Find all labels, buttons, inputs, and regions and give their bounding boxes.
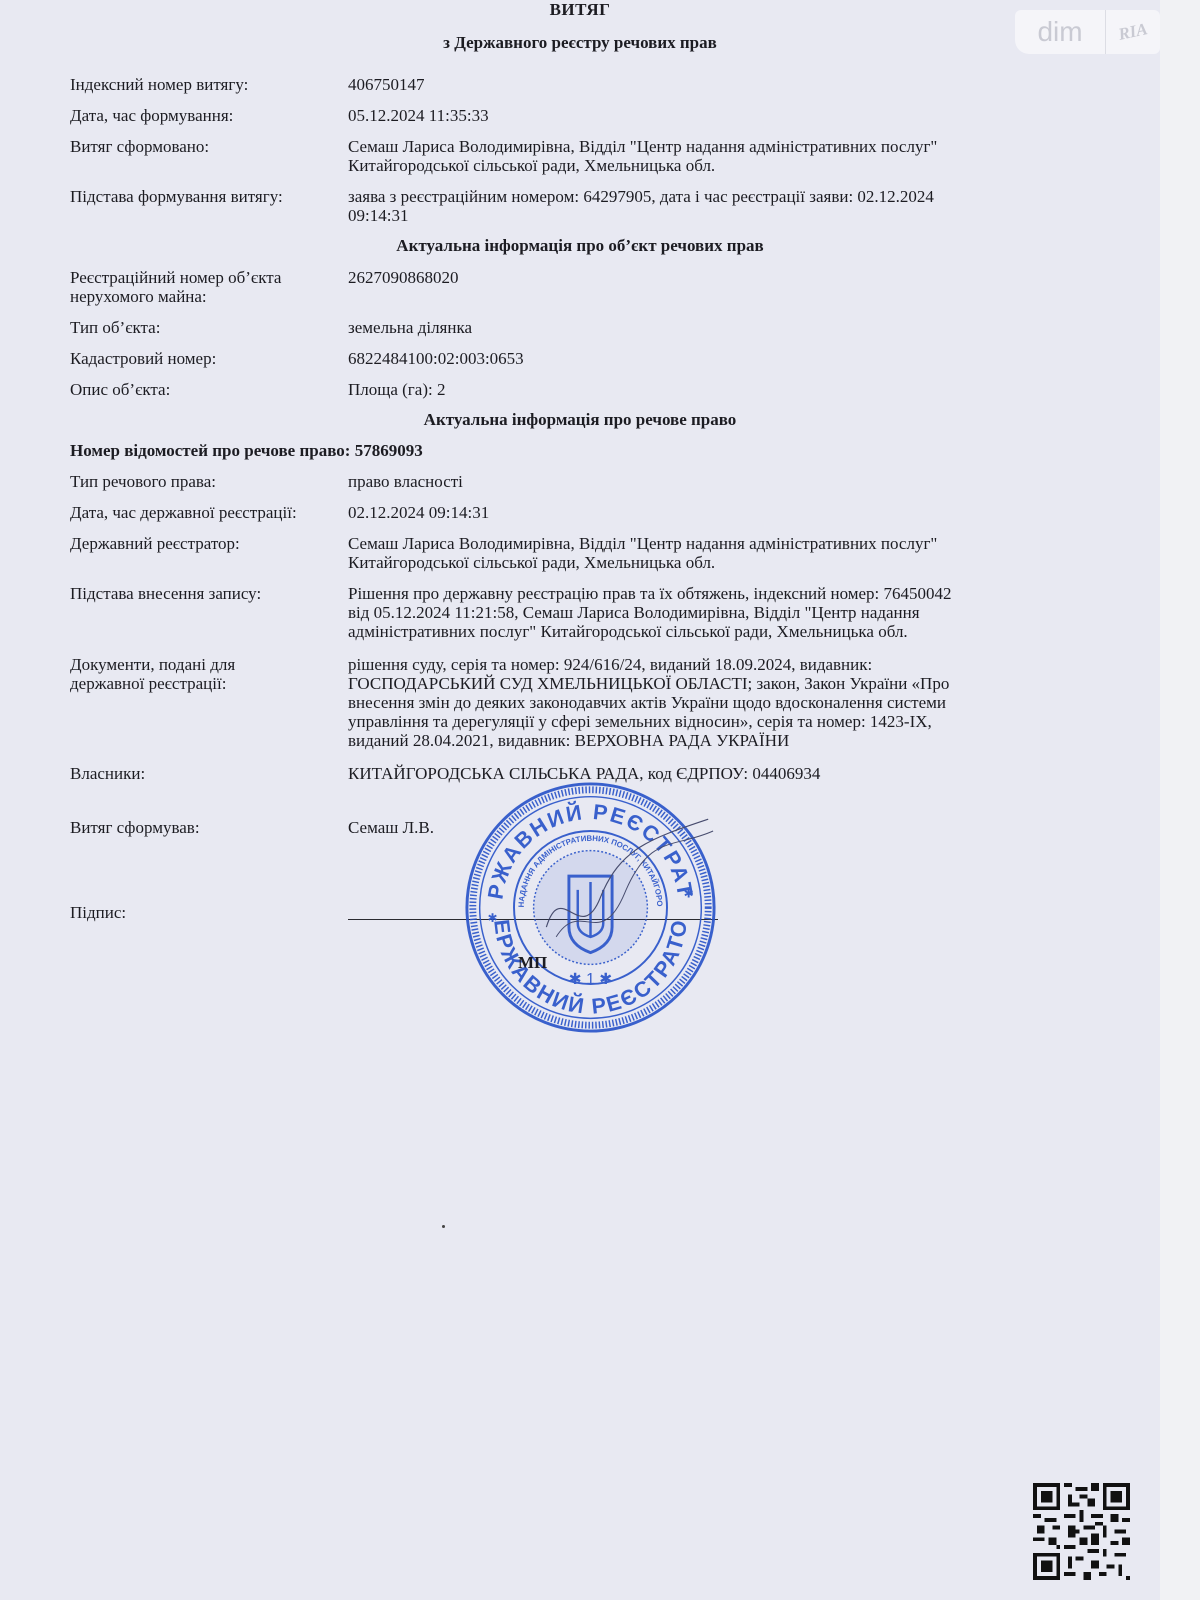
field-value: заява з реєстраційним номером: 64297905,…	[348, 187, 1068, 225]
document-subtitle: з Державного реєстру речових прав	[0, 33, 1160, 53]
field-value: 6822484100:02:003:0653	[348, 349, 1068, 368]
field-value: 406750147	[348, 75, 1068, 94]
field-label: Реєстраційний номер об’єкта нерухомого м…	[70, 268, 340, 306]
field-label: Витяг сформував:	[70, 818, 340, 837]
field-label: Документи, подані для державної реєстрац…	[70, 655, 340, 693]
scan-speck	[442, 1225, 445, 1228]
field-value: Семаш Лариса Володимирівна, Відділ "Цент…	[348, 137, 1068, 175]
seal-place-label: МП	[518, 953, 547, 973]
field-label: Тип речового права:	[70, 472, 340, 491]
official-seal-stamp-icon: ДЕРЖАВНИЙ РЕЄСТРАТОР ДЕРЖАВНИЙ РЕЄСТРАТО…	[463, 780, 718, 1035]
document-title: ВИТЯГ	[0, 0, 1160, 20]
field-label: Підстава формування витягу:	[70, 187, 340, 206]
field-value: Рішення про державну реєстрацію прав та …	[348, 584, 1068, 641]
field-label: Дата, час формування:	[70, 106, 340, 125]
field-label: Тип об’єкта:	[70, 318, 340, 337]
field-value: право власності	[348, 472, 1068, 491]
field-label: Державний реєстратор:	[70, 534, 340, 553]
field-label: Кадастровий номер:	[70, 349, 340, 368]
qr-code-icon	[1033, 1483, 1130, 1580]
svg-text:✱ 1 ✱: ✱ 1 ✱	[569, 971, 613, 988]
field-label: Дата, час державної реєстрації:	[70, 503, 340, 522]
scan-edge	[1160, 0, 1200, 1600]
svg-text:✱: ✱	[487, 912, 497, 925]
field-value: 02.12.2024 09:14:31	[348, 503, 1068, 522]
field-label: Підстава внесення запису:	[70, 584, 340, 603]
svg-text:✱: ✱	[684, 888, 694, 901]
right-record-number: Номер відомостей про речове право: 57869…	[70, 441, 423, 461]
section-heading-object: Актуальна інформація про об’єкт речових …	[0, 236, 1160, 256]
field-value: Площа (га): 2	[348, 380, 1068, 399]
field-value: земельна ділянка	[348, 318, 1068, 337]
field-value: 2627090868020	[348, 268, 1068, 287]
field-label: Власники:	[70, 764, 340, 783]
section-heading-right: Актуальна інформація про речове право	[0, 410, 1160, 430]
field-label: Індексний номер витягу:	[70, 75, 340, 94]
field-value: 05.12.2024 11:35:33	[348, 106, 1068, 125]
field-label: Витяг сформовано:	[70, 137, 340, 156]
field-label: Підпис:	[70, 903, 340, 922]
field-value: Семаш Лариса Володимирівна, Відділ "Цент…	[348, 534, 1068, 572]
field-value: рішення суду, серія та номер: 924/616/24…	[348, 655, 1068, 750]
field-label: Опис об’єкта:	[70, 380, 340, 399]
